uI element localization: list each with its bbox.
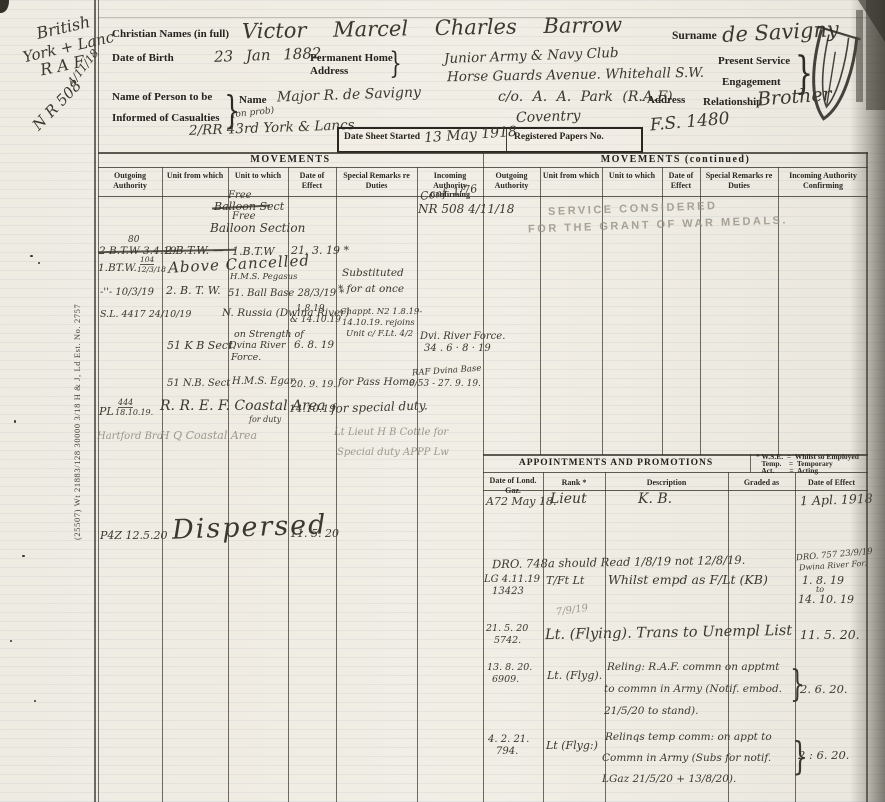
legend-act: Act. = Acting bbox=[756, 466, 818, 475]
home-address-brace: } bbox=[389, 46, 401, 81]
col-header-rank: Rank * bbox=[545, 478, 603, 488]
ap-entry: Whilst empd as F/Lt (KB) bbox=[608, 574, 768, 587]
relationship-value: Brother bbox=[756, 85, 832, 109]
ap-entry: 13. 8. 20. bbox=[487, 663, 532, 673]
legend-divider bbox=[750, 454, 751, 472]
mv-entry: for duty bbox=[249, 416, 281, 424]
ap-entry: Reling: R.A.F. commn on apptmt bbox=[607, 662, 779, 673]
mv-entry: 1.8.19 bbox=[296, 305, 325, 314]
casualty-label-1: Name of Person to be bbox=[112, 91, 212, 103]
ink-speck bbox=[10, 640, 12, 642]
registered-papers-label: Registered Papers No. bbox=[514, 132, 604, 142]
mv-entry: Unit c/ F.Lt. 4/2 bbox=[346, 330, 413, 339]
ap-entry: Lieut bbox=[550, 492, 587, 506]
corner-mark bbox=[0, 0, 9, 13]
col-line bbox=[336, 167, 337, 802]
ap-entry: 6909. bbox=[492, 675, 519, 685]
mv-entry: 34 . 6 · 8 · 19 bbox=[424, 344, 491, 354]
mv-entry: 14.10.19. rejoins bbox=[342, 319, 415, 328]
ap-entry: LGaz 21/5/20 + 13/8/20). bbox=[602, 774, 736, 785]
col-line bbox=[778, 167, 779, 455]
margin-rule-inner bbox=[98, 0, 99, 802]
nok-name-value: Major R. de Savigny bbox=[277, 85, 421, 104]
mv-entry: 14.10.19 bbox=[289, 404, 336, 415]
col-header-unit-from-2: Unit from which bbox=[542, 171, 600, 181]
ap-entry: 13423 bbox=[492, 587, 524, 597]
col-header-remarks-2: Special Remarks re Duties bbox=[702, 171, 776, 190]
date-sheet-label: Date Sheet Started bbox=[344, 132, 420, 142]
mv-entry: 20. 9. 19. bbox=[291, 380, 336, 390]
record-sheet: British York + Lanc R A F 4/11/18 N R 50… bbox=[0, 0, 885, 802]
col-header-unit-to-2: Unit to which bbox=[604, 171, 660, 181]
dob-label: Date of Birth bbox=[112, 52, 174, 64]
margin-note-number: N R 508 bbox=[30, 78, 84, 133]
col-header-gazette: Date of Lond. Gaz. bbox=[485, 476, 541, 495]
appointments-title: APPOINTMENTS AND PROMOTIONS bbox=[483, 458, 749, 468]
ink-speck bbox=[34, 700, 36, 702]
mv-entry: H.M.S. Egar bbox=[232, 377, 295, 387]
mv-entry: Chappt. N2 1.8.19- bbox=[340, 308, 422, 317]
mv-entry: 11. 5. 20 bbox=[290, 528, 339, 539]
home-address-value-1: Junior Army & Navy Club bbox=[444, 47, 619, 67]
surname-label: Surname bbox=[672, 30, 717, 42]
col-header-unit-from: Unit from which bbox=[164, 171, 226, 181]
mv-entry: Balloon Section bbox=[210, 222, 305, 234]
col-header-remarks: Special Remarks re Duties bbox=[338, 171, 415, 190]
col-header-description: Description bbox=[607, 478, 726, 488]
mv-entry: PL bbox=[99, 406, 114, 417]
ap-entry: A72 May 18. bbox=[486, 496, 556, 507]
printer-imprint: (25507) Wt 21883/128 30000 3/18 H & J, L… bbox=[72, 304, 82, 540]
ap-entry: 2 : 6. 20. bbox=[798, 750, 849, 762]
mv-entry: Dvina River bbox=[229, 341, 286, 351]
present-service-label: Present Service bbox=[718, 55, 790, 67]
ap-entry: DRO. 748a should Read 1/8/19 not 12/8/19… bbox=[492, 555, 746, 571]
ink-speck bbox=[22, 555, 25, 557]
col-line bbox=[417, 167, 418, 802]
ap-entry: Relinqs temp comm: on appt to bbox=[605, 732, 772, 743]
table-divider-line bbox=[483, 152, 484, 802]
ap-entry: T/Ft Lt bbox=[546, 575, 584, 586]
mv-entry: NR 508 4/11/18 bbox=[418, 203, 514, 215]
ap-entry: 21. 5. 20 bbox=[486, 624, 528, 634]
ink-speck bbox=[38, 262, 40, 264]
ink-speck bbox=[30, 255, 33, 257]
ap-entry-pencil: 7/9/19 bbox=[555, 604, 588, 618]
mv-entry: 104 bbox=[140, 256, 154, 265]
mv-entry: S.L. 4417 24/10/19 bbox=[100, 310, 191, 320]
mv-entry: P4Z 12.5.20 bbox=[100, 530, 168, 541]
ap-entry: 794. bbox=[496, 747, 518, 757]
col-header-date: Date of Effect bbox=[290, 171, 334, 190]
mv-entry: for Pass Home bbox=[338, 377, 415, 388]
movements-title: MOVEMENTS bbox=[98, 154, 483, 165]
mv-entry: 80 bbox=[128, 236, 139, 245]
nok-address-value-1: c/o. A. A. Park (R.A.F) bbox=[498, 90, 673, 104]
movements2-title: MOVEMENTS (continued) bbox=[483, 154, 868, 165]
home-address-value-2: Horse Guards Avenue. Whitehall S.W. bbox=[447, 67, 704, 85]
nok-address-value-2: Coventry bbox=[516, 109, 581, 125]
fs-number: F.S. 1480 bbox=[649, 111, 730, 135]
ap-entry: LG 4.11.19 bbox=[484, 575, 540, 585]
mv-entry: 12/3/18 bbox=[137, 266, 166, 274]
ap-entry: 4. 2. 21. bbox=[488, 735, 529, 745]
mv-entry: -''- 10/3/19 bbox=[100, 288, 154, 298]
ap-entry: 14. 10. 19 bbox=[798, 594, 854, 605]
mv-entry: 2. B. T. W. bbox=[166, 285, 221, 296]
mv-entry-pencil: Lt Lieut H B Cottle for bbox=[334, 428, 448, 438]
ap-entry: 2. 6. 20. bbox=[800, 684, 848, 696]
engagement-label: Engagement bbox=[722, 76, 781, 88]
mv-entry-pencil: Special duty APPP Lw bbox=[337, 448, 449, 458]
christian-names-label: Christian Names (in full) bbox=[112, 28, 229, 40]
mv-entry: 51. Ball Base 28/3/19 * bbox=[228, 289, 344, 299]
relationship-label: Relationship bbox=[703, 96, 762, 108]
ink-speck bbox=[14, 420, 16, 423]
ap-entry: 5742. bbox=[494, 636, 521, 646]
ap-entry: Lt (Flyg:) bbox=[546, 740, 598, 751]
mv-entry: for special duty. bbox=[331, 399, 428, 414]
on-prob-note: (on prob) bbox=[232, 107, 275, 120]
christian-names-value: Victor Marcel Charles Barrow bbox=[242, 15, 622, 43]
col-header-outgoing: Outgoing Authority bbox=[100, 171, 160, 190]
home-address-label-1: Permanent Home bbox=[310, 52, 393, 64]
war-medals-stamp-line2: FOR THE GRANT OF WAR MEDALS. bbox=[528, 214, 788, 235]
mv-entry: 0/53 - 27. 9. 19. bbox=[409, 380, 481, 389]
ap-entry: Lt. (Flying). Trans to Unempl List bbox=[545, 624, 792, 643]
home-address-label-2: Address bbox=[310, 65, 348, 77]
ap-entry: K. B. bbox=[638, 492, 672, 506]
mv-entry: 1.BT.W. bbox=[98, 263, 137, 274]
nok-name-label: Name bbox=[239, 94, 267, 106]
mv-entry: 18.10.19. bbox=[115, 409, 153, 417]
mv-entry-pencil: Hartford Bro bbox=[97, 432, 163, 442]
mv-entry-pencil: H Q Coastal Area bbox=[160, 430, 257, 441]
col-line bbox=[162, 167, 163, 802]
mv-entry: Dvi. River Force. bbox=[420, 332, 505, 342]
ap-entry: 21/5/20 to stand). bbox=[604, 706, 698, 717]
mv-entry: * for at once bbox=[338, 284, 404, 295]
scan-edge-strip bbox=[856, 10, 863, 102]
dob-value: 23 Jan 1882 bbox=[214, 46, 322, 65]
scan-edge-shadow bbox=[850, 0, 885, 802]
margin-rule bbox=[94, 0, 96, 802]
col-line bbox=[540, 167, 541, 455]
col-header-unit-to: Unit to which bbox=[230, 171, 286, 181]
ap-entry: Lt. (Flyg). bbox=[547, 670, 602, 681]
col-header-date-2: Date of Effect bbox=[663, 171, 699, 190]
mv-entry: 6. 8. 19 bbox=[294, 340, 334, 351]
ap-entry: to commn in Army (Notif. embod. bbox=[604, 684, 782, 695]
mv-entry: RAF Dvina Base bbox=[412, 365, 482, 378]
col-line bbox=[543, 472, 544, 802]
col-header-outgoing-2: Outgoing Authority bbox=[485, 171, 538, 190]
mv-entry: Substituted bbox=[342, 268, 404, 279]
mv-entry: 51 K B Sect. bbox=[167, 340, 236, 351]
mv-entry: & 14.10.19 bbox=[290, 316, 341, 325]
unit-note: 2/RR 43rd York & Lancs bbox=[189, 119, 355, 138]
ap-entry: Commn in Army (Subs for notif. bbox=[602, 753, 771, 764]
war-medals-stamp-line1: SERVICE CONSIDERED bbox=[548, 200, 718, 218]
mv-entry: Force. bbox=[231, 353, 261, 363]
col-header-graded: Graded as bbox=[730, 478, 793, 488]
mv-entry: 51 N.B. Sect bbox=[167, 379, 230, 389]
mv-entry: H.M.S. Pegasus bbox=[230, 273, 298, 282]
mv-entry: 444 bbox=[118, 399, 133, 408]
